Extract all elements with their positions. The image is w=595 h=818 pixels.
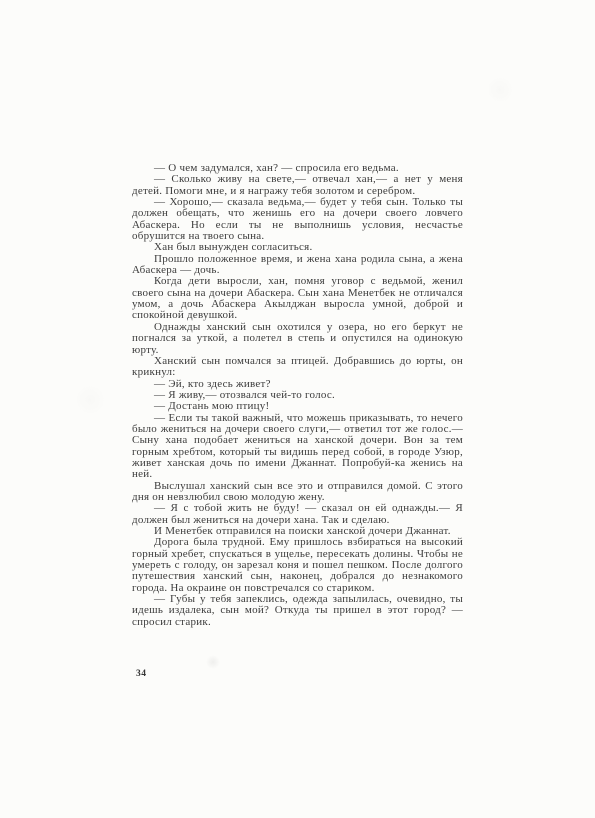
paragraph: Прошло положенное время, и жена хана род… — [132, 254, 463, 277]
page-text-block: — О чем задумался, хан? — спросила его в… — [132, 163, 463, 628]
page-number: 34 — [136, 669, 147, 679]
paragraph: — Я с тобой жить не буду! — сказал он ей… — [132, 503, 463, 526]
paragraph: — Достань мою птицу! — [132, 401, 463, 412]
paragraph: — Если ты такой важный, что можешь прика… — [132, 413, 463, 481]
paragraph: Когда дети выросли, хан, помня уговор с … — [132, 276, 463, 321]
paragraph: — Губы у тебя запеклись, одежда запылила… — [132, 594, 463, 628]
paragraph: — Хорошо,— сказала ведьма,— будет у тебя… — [132, 197, 463, 242]
paragraph: Ханский сын помчался за птицей. Добравши… — [132, 356, 463, 379]
paragraph: Выслушал ханский сын все это и отправилс… — [132, 481, 463, 504]
paragraph: Дорога была трудной. Ему пришлось взбира… — [132, 537, 463, 594]
paragraph: — Сколько живу на свете,— отвечал хан,— … — [132, 174, 463, 197]
paragraph: Однажды ханский сын охотился у озера, но… — [132, 322, 463, 356]
book-page-scan: — О чем задумался, хан? — спросила его в… — [0, 0, 595, 818]
